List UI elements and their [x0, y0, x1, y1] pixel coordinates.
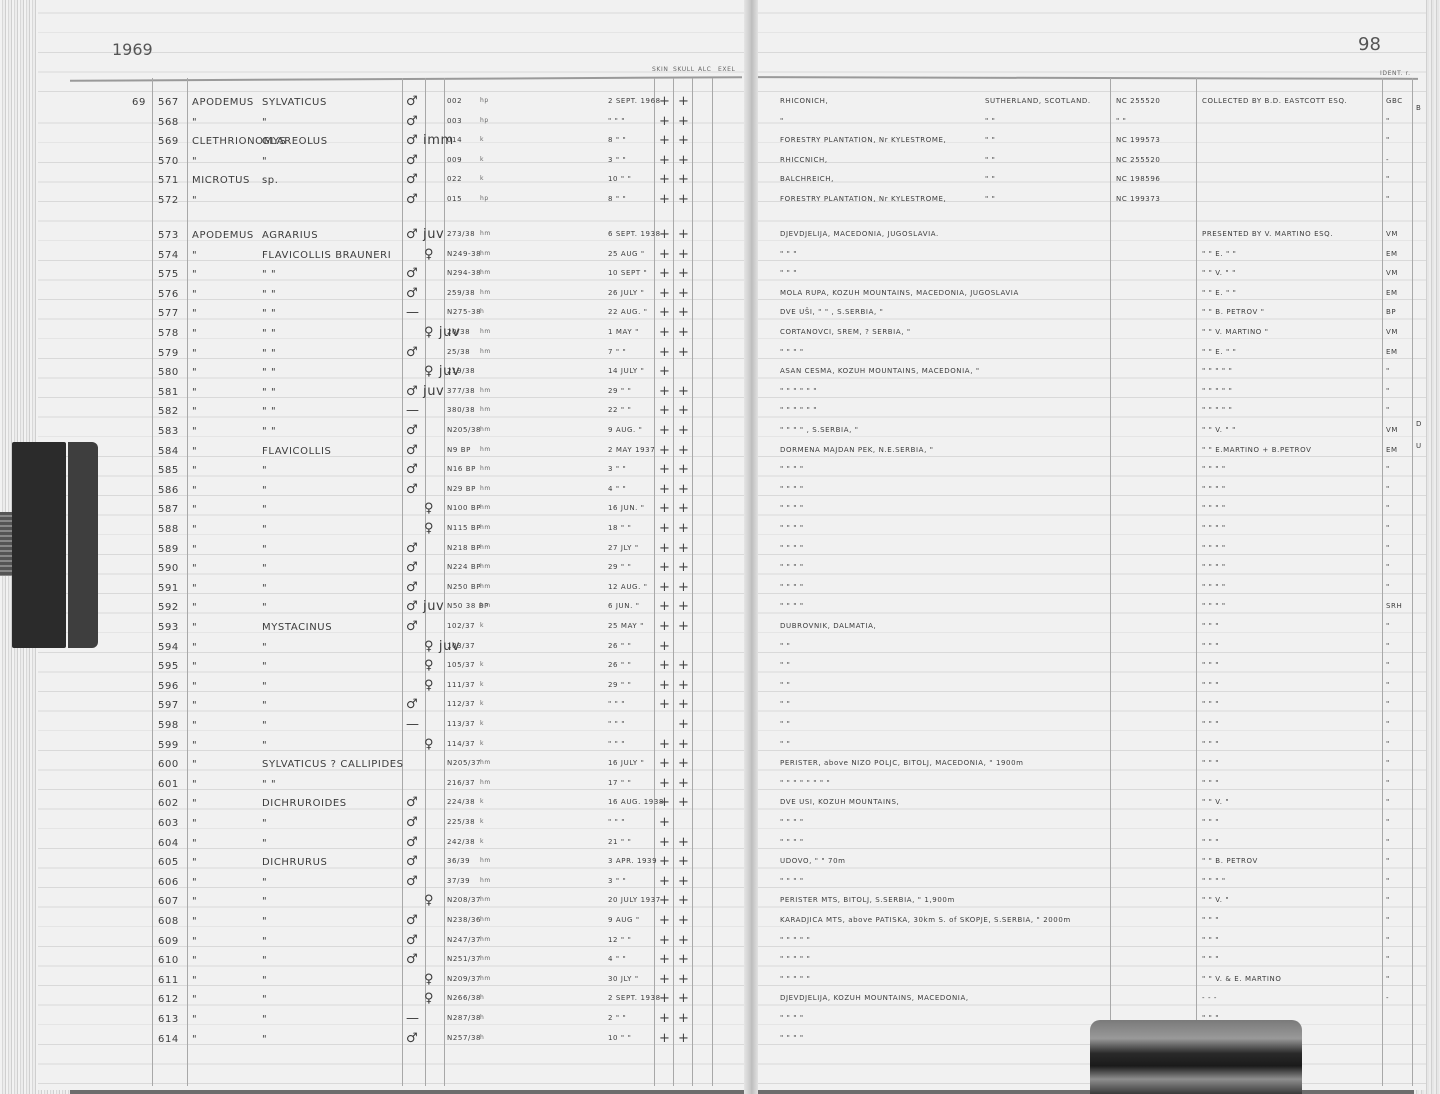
- field-number: 003: [447, 117, 462, 125]
- skin-mark: +: [659, 247, 670, 262]
- sex: ♂: [406, 580, 418, 595]
- sex: ♂: [406, 114, 418, 129]
- ledger-row: 579"" "♂25/38hm7 " "" " " "" " E. " "EM+…: [0, 345, 1440, 364]
- sex: ♂: [406, 815, 418, 830]
- source: " " ": [1202, 818, 1219, 826]
- source: " " " ": [1202, 485, 1226, 493]
- ledger-row: 588""♀N115 BPhm18 " "" " " "" " " ""++: [0, 521, 1440, 540]
- sex: —: [406, 717, 420, 732]
- identifier: ": [1386, 465, 1390, 473]
- source: " " V. " ": [1202, 269, 1236, 277]
- collection-date: 2 SEPT. 1968: [608, 97, 661, 105]
- locality: " ": [780, 700, 790, 708]
- locality: " " " " " " " ": [780, 779, 830, 787]
- genus: ": [192, 446, 197, 457]
- collector-initials: hm: [480, 563, 491, 570]
- skull-mark: +: [678, 114, 689, 129]
- genus: ": [192, 779, 197, 790]
- locality: " " " ": [780, 563, 804, 571]
- locality: " " " ": [780, 602, 804, 610]
- identifier: ": [1386, 975, 1390, 983]
- register-number: 594: [158, 642, 179, 653]
- genus: ": [192, 367, 197, 378]
- skull-mark: +: [678, 697, 689, 712]
- skin-mark: +: [659, 403, 670, 418]
- ledger-row: 580"" "♀ juv219/3814 JULY "ASAN CESMA, K…: [0, 364, 1440, 383]
- grid-reference: NC 198596: [1116, 175, 1160, 183]
- ledger-year: 1969: [112, 40, 153, 59]
- collector-initials: hm: [480, 896, 491, 903]
- collection-date: 8 " ": [608, 195, 626, 203]
- page-number: 98: [1358, 34, 1381, 55]
- identifier: ": [1386, 642, 1390, 650]
- source: " " ": [1202, 838, 1219, 846]
- register-number: 574: [158, 250, 179, 261]
- ledger-row: 591""♂N250 BPhm12 AUG. "" " " "" " " ""+…: [0, 580, 1440, 599]
- locality: " " " ": [780, 1034, 804, 1042]
- locality: RHICCNICH,: [780, 156, 828, 164]
- ledger-row: 573APODEMUSAGRARIUS♂ juv273/38hm6 SEPT. …: [0, 227, 1440, 246]
- collector-initials: hm: [480, 975, 491, 982]
- source: " " ": [1202, 642, 1219, 650]
- register-number: 607: [158, 896, 179, 907]
- species: ": [262, 896, 267, 907]
- genus: ": [192, 916, 197, 927]
- ledger-row: 599""♀114/37k" " "" "" " ""++: [0, 737, 1440, 756]
- ledger-row: 595""♀105/37k26 " "" "" " ""++: [0, 658, 1440, 677]
- collection-date: 26 JULY ": [608, 289, 644, 297]
- species: " ": [262, 779, 276, 790]
- collection-date: 3 APR. 1939: [608, 857, 657, 865]
- skull-mark: +: [678, 933, 689, 948]
- skin-mark: +: [659, 893, 670, 908]
- skin-mark: +: [659, 114, 670, 129]
- sex: ♀: [424, 737, 434, 752]
- source: - - -: [1202, 994, 1217, 1002]
- field-number: 380/38: [447, 406, 475, 414]
- register-number: 577: [158, 308, 179, 319]
- sex: ♂: [406, 952, 418, 967]
- sex: ♂ juv: [406, 384, 444, 399]
- ledger-row: 575"" "♂N294-38hm10 SEPT "" " "" " V. " …: [0, 266, 1440, 285]
- species: ": [262, 975, 267, 986]
- genus: ": [192, 936, 197, 947]
- source: " " V. " ": [1202, 426, 1236, 434]
- field-number: 114/37: [447, 740, 475, 748]
- field-number: N251/37: [447, 955, 481, 963]
- skull-mark: +: [678, 717, 689, 732]
- skull-mark: +: [678, 305, 689, 320]
- species: ": [262, 661, 267, 672]
- identifier: ": [1386, 759, 1390, 767]
- genus: ": [192, 426, 197, 437]
- collector-initials: hm: [480, 446, 491, 453]
- sex: ♂: [406, 462, 418, 477]
- skull-mark: +: [678, 247, 689, 262]
- ledger-row: 596""♀111/37k29 " "" "" " ""++: [0, 678, 1440, 697]
- skin-mark: +: [659, 94, 670, 109]
- collection-date: 2 SEPT. 1938: [608, 994, 661, 1002]
- field-number: N257/38: [447, 1034, 481, 1042]
- species: ": [262, 994, 267, 1005]
- register-number: 570: [158, 156, 179, 167]
- col-header-skin: SKIN: [652, 66, 668, 73]
- ledger-row: 586""♂N29 BPhm4 " "" " " "" " " ""++: [0, 482, 1440, 501]
- collector-initials: hm: [480, 602, 491, 609]
- skin-mark: +: [659, 153, 670, 168]
- field-number: 015: [447, 195, 462, 203]
- identifier: ": [1386, 136, 1390, 144]
- field-number: 273/38: [447, 230, 475, 238]
- collection-date: 10 SEPT ": [608, 269, 647, 277]
- collector-initials: h: [480, 308, 484, 315]
- collection-date: 3 " ": [608, 877, 626, 885]
- collector-initials: hm: [480, 524, 491, 531]
- locality: " " " " " ": [780, 406, 817, 414]
- skull-mark: +: [678, 737, 689, 752]
- collector-initials: k: [480, 798, 484, 805]
- source: PRESENTED BY V. MARTINO ESQ.: [1202, 230, 1333, 238]
- collector-initials: hm: [480, 426, 491, 433]
- skull-mark: +: [678, 384, 689, 399]
- identifier: ": [1386, 818, 1390, 826]
- skin-mark: +: [659, 952, 670, 967]
- locality: " " " " ": [780, 936, 810, 944]
- species: FLAVICOLLIS BRAUNERI: [262, 250, 391, 261]
- genus: ": [192, 838, 197, 849]
- register-number: 606: [158, 877, 179, 888]
- sex: ♀: [424, 247, 434, 262]
- skin-mark: +: [659, 991, 670, 1006]
- genus: APODEMUS: [192, 230, 254, 241]
- sex: ♂: [406, 266, 418, 281]
- skin-mark: +: [659, 192, 670, 207]
- species: AGRARIUS: [262, 230, 318, 241]
- region: SUTHERLAND, SCOTLAND.: [985, 97, 1091, 105]
- skull-mark: +: [678, 1011, 689, 1026]
- sex: ♂: [406, 697, 418, 712]
- locality: " " " ": [780, 485, 804, 493]
- genus: ": [192, 857, 197, 868]
- sex: ♂: [406, 482, 418, 497]
- ledger-row: 604""♂242/38k21 " "" " " "" " ""++: [0, 835, 1440, 854]
- collection-date: 18 " ": [608, 524, 631, 532]
- skin-mark: +: [659, 384, 670, 399]
- skin-mark: +: [659, 423, 670, 438]
- field-number: 112/37: [447, 700, 475, 708]
- collection-date: 10 " ": [608, 1034, 631, 1042]
- collector-initials: k: [480, 681, 484, 688]
- ledger-row: 608""♂N238/36hm9 AUG "KARADJICA MTS, abo…: [0, 913, 1440, 932]
- genus: ": [192, 700, 197, 711]
- locality: KARADJICA MTS, above PATISKA, 30km S. of…: [780, 916, 1071, 924]
- skull-mark: +: [678, 795, 689, 810]
- ledger-row: 570""♂009k3 " "RHICCNICH," "NC 255520-++: [0, 153, 1440, 172]
- register-number: 593: [158, 622, 179, 633]
- collector-initials: hp: [480, 97, 489, 104]
- identifier: ": [1386, 681, 1390, 689]
- ledger-row: 587""♀N100 BPhm16 JUN. "" " " "" " " ""+…: [0, 501, 1440, 520]
- sex: ♀: [424, 893, 434, 908]
- field-number: 225/38: [447, 818, 475, 826]
- sex: ♀: [424, 658, 434, 673]
- source: " " E. " ": [1202, 250, 1236, 258]
- locality: RHICONICH,: [780, 97, 828, 105]
- collection-date: 8 " ": [608, 136, 626, 144]
- collector-initials: hm: [480, 250, 491, 257]
- skull-mark: +: [678, 325, 689, 340]
- locality: " ": [780, 642, 790, 650]
- skin-mark: +: [659, 364, 670, 379]
- locality: DJEVDJELIJA, KOZUH MOUNTAINS, MACEDONIA,: [780, 994, 969, 1002]
- genus: ": [192, 877, 197, 888]
- collector-initials: hm: [480, 348, 491, 355]
- skin-mark: +: [659, 776, 670, 791]
- field-number: 25/38: [447, 348, 470, 356]
- region: " ": [985, 195, 995, 203]
- source: " " " ": [1202, 465, 1226, 473]
- sex: ♂: [406, 854, 418, 869]
- ledger-row: 611""♀N209/37hm30 JLY "" " " " "" " V. &…: [0, 972, 1440, 991]
- collector-initials: h: [480, 1034, 484, 1041]
- identifier: ": [1386, 740, 1390, 748]
- genus: ": [192, 994, 197, 1005]
- collector-initials: k: [480, 740, 484, 747]
- species: " ": [262, 348, 276, 359]
- ledger-row: 610""♂N251/37hm4 " "" " " " "" " ""++: [0, 952, 1440, 971]
- collection-date: 3 " ": [608, 465, 626, 473]
- sex: ♂: [406, 286, 418, 301]
- register-number: 571: [158, 175, 179, 186]
- skull-mark: +: [678, 952, 689, 967]
- register-number: 613: [158, 1014, 179, 1025]
- register-number: 596: [158, 681, 179, 692]
- ledger-row: 609""♂N247/37hm12 " "" " " " "" " ""++: [0, 933, 1440, 952]
- species: " ": [262, 289, 276, 300]
- register-number: 592: [158, 602, 179, 613]
- skull-mark: +: [678, 874, 689, 889]
- skin-mark: +: [659, 325, 670, 340]
- collector-initials: k: [480, 720, 484, 727]
- identifier: ": [1386, 622, 1390, 630]
- register-number: 568: [158, 117, 179, 128]
- ledger-row: 603""♂225/38k" " "" " " "" " ""+: [0, 815, 1440, 834]
- skin-mark: +: [659, 172, 670, 187]
- collector-initials: hm: [480, 328, 491, 335]
- field-number: 242/38: [447, 838, 475, 846]
- skin-mark: +: [659, 560, 670, 575]
- genus: ": [192, 348, 197, 359]
- collection-date: 22 AUG. ": [608, 308, 648, 316]
- source: " " " ": [1202, 563, 1226, 571]
- locality: " " " ": [780, 1014, 804, 1022]
- grid-reference: NC 255520: [1116, 97, 1160, 105]
- species: " ": [262, 367, 276, 378]
- field-number: N247/37: [447, 936, 481, 944]
- species: FLAVICOLLIS: [262, 446, 331, 457]
- ledger-row: 607""♀N208/37hm20 JULY 1937PERISTER MTS,…: [0, 893, 1440, 912]
- source: " " ": [1202, 622, 1219, 630]
- identifier: EM: [1386, 289, 1398, 297]
- skull-mark: +: [678, 913, 689, 928]
- collector-initials: hm: [480, 465, 491, 472]
- field-number: 022: [447, 175, 462, 183]
- species: ": [262, 1034, 267, 1045]
- locality: " " " ": [780, 838, 804, 846]
- source: " " ": [1202, 759, 1219, 767]
- register-number: 572: [158, 195, 179, 206]
- locality: " " " ": [780, 524, 804, 532]
- field-number: N275-38: [447, 308, 481, 316]
- identifier: ": [1386, 406, 1390, 414]
- book-clip-bottom: [1090, 1020, 1302, 1094]
- skull-mark: +: [678, 403, 689, 418]
- locality: " " " ": [780, 504, 804, 512]
- genus: ": [192, 740, 197, 751]
- collector-initials: k: [480, 622, 484, 629]
- source: " " V. ": [1202, 798, 1229, 806]
- source: " " ": [1202, 936, 1219, 944]
- skull-mark: +: [678, 991, 689, 1006]
- field-number: N266/38: [447, 994, 481, 1002]
- skin-mark: +: [659, 345, 670, 360]
- field-number: N100 BP: [447, 504, 481, 512]
- genus: APODEMUS: [192, 97, 254, 108]
- collector-initials: k: [480, 136, 484, 143]
- field-number: 014: [447, 136, 462, 144]
- sex: ♀: [424, 521, 434, 536]
- identifier: VM: [1386, 426, 1398, 434]
- identifier: ": [1386, 367, 1390, 375]
- skin-mark: +: [659, 133, 670, 148]
- identifier: EM: [1386, 348, 1398, 356]
- register-number: 591: [158, 583, 179, 594]
- identifier: ": [1386, 838, 1390, 846]
- species: ": [262, 700, 267, 711]
- field-number: 219/38: [447, 367, 475, 375]
- species: ": [262, 681, 267, 692]
- genus: ": [192, 465, 197, 476]
- species: ": [262, 563, 267, 574]
- skull-mark: +: [678, 172, 689, 187]
- collector-initials: hm: [480, 779, 491, 786]
- species: ": [262, 740, 267, 751]
- skull-mark: +: [678, 835, 689, 850]
- locality: " " " " ": [780, 975, 810, 983]
- genus: ": [192, 117, 197, 128]
- skin-mark: +: [659, 678, 670, 693]
- genus: ": [192, 406, 197, 417]
- collection-date: 20 JULY 1937: [608, 896, 661, 904]
- skull-mark: +: [678, 893, 689, 908]
- skull-mark: +: [678, 776, 689, 791]
- identifier: ": [1386, 896, 1390, 904]
- skull-mark: +: [678, 756, 689, 771]
- species: " ": [262, 308, 276, 319]
- identifier: ": [1386, 504, 1390, 512]
- species: ": [262, 955, 267, 966]
- genus: ": [192, 818, 197, 829]
- collection-date: 29 " ": [608, 387, 631, 395]
- identifier: ": [1386, 798, 1390, 806]
- margin-mark: D: [1416, 420, 1422, 428]
- skin-mark: +: [659, 482, 670, 497]
- skull-mark: +: [678, 972, 689, 987]
- collector-initials: hm: [480, 583, 491, 590]
- locality: " " " " ": [780, 955, 810, 963]
- ledger-row: 594""♀ juv103/3726 " "" "" " ""+: [0, 639, 1440, 658]
- ledger-row: 574"FLAVICOLLIS BRAUNERI♀N249-38hm25 AUG…: [0, 247, 1440, 266]
- collector-initials: h: [480, 994, 484, 1001]
- genus: ": [192, 387, 197, 398]
- identifier: VM: [1386, 230, 1398, 238]
- skin-mark: +: [659, 972, 670, 987]
- locality: UDOVO, " " 70m: [780, 857, 846, 865]
- species: ": [262, 465, 267, 476]
- collection-date: 10 " ": [608, 175, 631, 183]
- species: ": [262, 936, 267, 947]
- collector-initials: hm: [480, 759, 491, 766]
- genus: ": [192, 661, 197, 672]
- sex: ♀: [424, 678, 434, 693]
- ledger-row: 600"SYLVATICUS ? CALLIPIDESN205/37hm16 J…: [0, 756, 1440, 775]
- field-number: 113/37: [447, 720, 475, 728]
- species: " ": [262, 406, 276, 417]
- field-number: 105/37: [447, 661, 475, 669]
- locality: " " " " , S.SERBIA, ": [780, 426, 859, 434]
- genus: ": [192, 156, 197, 167]
- identifier: ": [1386, 661, 1390, 669]
- locality: DORMENA MAJDAN PEK, N.E.SERBIA, ": [780, 446, 934, 454]
- field-number: N250 BP: [447, 583, 481, 591]
- collector-initials: hm: [480, 877, 491, 884]
- species: " ": [262, 269, 276, 280]
- genus: ": [192, 642, 197, 653]
- genus: ": [192, 195, 197, 206]
- species: DICHRUROIDES: [262, 798, 347, 809]
- register-number: 610: [158, 955, 179, 966]
- skull-mark: +: [678, 521, 689, 536]
- identifier: SRH: [1386, 602, 1402, 610]
- ledger-row: 584"FLAVICOLLIS♂N9 BPhm2 MAY 1937DORMENA…: [0, 443, 1440, 462]
- sex: ♂: [406, 1031, 418, 1046]
- collection-date: 1 MAY ": [608, 328, 639, 336]
- identifier: VM: [1386, 269, 1398, 277]
- species: ": [262, 1014, 267, 1025]
- ledger-row: 577"" "—N275-38h22 AUG. "DVE UŠI, " " , …: [0, 305, 1440, 324]
- sex: ♂: [406, 619, 418, 634]
- identifier: ": [1386, 936, 1390, 944]
- skin-mark: +: [659, 697, 670, 712]
- ledger-row: 592""♂ juvN50 38 BPhm6 JUN. "" " " "" " …: [0, 599, 1440, 618]
- collector-initials: hm: [480, 387, 491, 394]
- grid-reference: " ": [1116, 117, 1126, 125]
- source: " " " " ": [1202, 367, 1232, 375]
- sex: ♂ juv: [406, 599, 444, 614]
- ledger-row: 576"" "♂259/38hm26 JULY "MOLA RUPA, KOZU…: [0, 286, 1440, 305]
- collection-date: 6 SEPT. 1938: [608, 230, 661, 238]
- collection-date: 27 JLY ": [608, 544, 639, 552]
- collector-initials: k: [480, 156, 484, 163]
- species: ": [262, 720, 267, 731]
- locality: " " " ": [780, 465, 804, 473]
- skull-mark: +: [678, 227, 689, 242]
- locality: " ": [780, 720, 790, 728]
- register-number: 578: [158, 328, 179, 339]
- sex: ♂: [406, 153, 418, 168]
- collection-date: 16 AUG. 1938: [608, 798, 664, 806]
- source: " " " ": [1202, 544, 1226, 552]
